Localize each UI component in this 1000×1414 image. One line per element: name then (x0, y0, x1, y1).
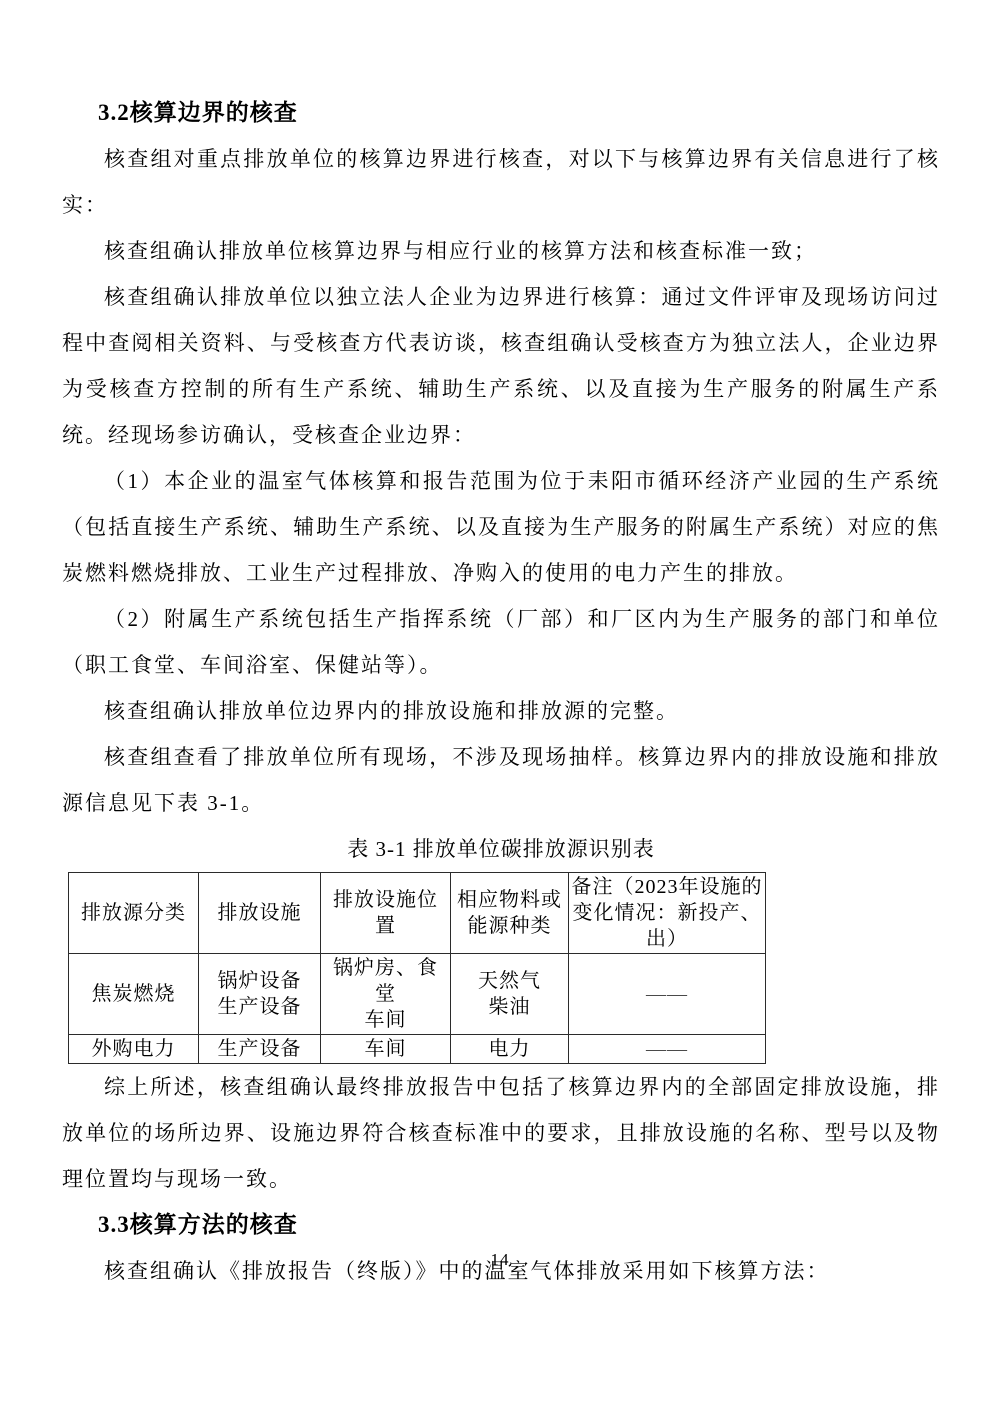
document-page: 3.2核算边界的核查 核查组对重点排放单位的核算边界进行核查，对以下与核算边界有… (0, 0, 1000, 1414)
table-header-row: 排放源分类 排放设施 排放设施位置 相应物料或 能源种类 备注（2023年设施的… (69, 873, 766, 954)
paragraph-summary: 综上所述，核查组确认最终排放报告中包括了核算边界内的全部固定排放设施，排放单位的… (62, 1064, 940, 1202)
cell-material-energy-type: 电力 (451, 1035, 569, 1064)
paragraph-boundary-consistency: 核查组确认排放单位核算边界与相应行业的核算方法和核查标准一致； (62, 228, 940, 274)
cell-source-category: 外购电力 (69, 1035, 199, 1064)
page-content: 3.2核算边界的核查 核查组对重点排放单位的核算边界进行核查，对以下与核算边界有… (62, 90, 940, 1294)
header-material-energy-type: 相应物料或 能源种类 (451, 873, 569, 954)
table-caption: 表 3-1 排放单位碳排放源识别表 (62, 826, 940, 872)
cell-remark-dash: —— (569, 954, 766, 1035)
paragraph-legal-entity-boundary: 核查组确认排放单位以独立法人企业为边界进行核算：通过文件评审及现场访问过程中查阅… (62, 274, 940, 458)
header-emission-facility: 排放设施 (199, 873, 321, 954)
cell-facility-location: 车间 (321, 1035, 451, 1064)
page-number: 14 (0, 1250, 1000, 1270)
paragraph-item-2-auxiliary: （2）附属生产系统包括生产指挥系统（厂部）和厂区内为生产服务的部门和单位（职工食… (62, 596, 940, 688)
paragraph-verify-intro: 核查组对重点排放单位的核算边界进行核查，对以下与核算边界有关信息进行了核实： (62, 136, 940, 228)
table-row: 焦炭燃烧 锅炉设备 生产设备 锅炉房、食堂 车间 天然气 柴油 —— (69, 954, 766, 1035)
cell-facility-location: 锅炉房、食堂 车间 (321, 954, 451, 1035)
paragraph-source-completeness: 核查组确认排放单位边界内的排放设施和排放源的完整。 (62, 688, 940, 734)
table-row: 外购电力 生产设备 车间 电力 —— (69, 1035, 766, 1064)
cell-emission-facility: 锅炉设备 生产设备 (199, 954, 321, 1035)
header-facility-location: 排放设施位置 (321, 873, 451, 954)
section-heading-3-2: 3.2核算边界的核查 (62, 90, 940, 136)
paragraph-site-visit: 核查组查看了排放单位所有现场，不涉及现场抽样。核算边界内的排放设施和排放源信息见… (62, 734, 940, 826)
cell-material-energy-type: 天然气 柴油 (451, 954, 569, 1035)
emission-source-table: 排放源分类 排放设施 排放设施位置 相应物料或 能源种类 备注（2023年设施的… (68, 872, 766, 1064)
cell-emission-facility: 生产设备 (199, 1035, 321, 1064)
header-remark: 备注（2023年设施的变化情况：新投产、出） (569, 873, 766, 954)
cell-remark-dash: —— (569, 1035, 766, 1064)
paragraph-item-1-scope: （1）本企业的温室气体核算和报告范围为位于耒阳市循环经济产业园的生产系统（包括直… (62, 458, 940, 596)
section-heading-3-3: 3.3核算方法的核查 (62, 1202, 940, 1248)
cell-source-category: 焦炭燃烧 (69, 954, 199, 1035)
header-source-category: 排放源分类 (69, 873, 199, 954)
